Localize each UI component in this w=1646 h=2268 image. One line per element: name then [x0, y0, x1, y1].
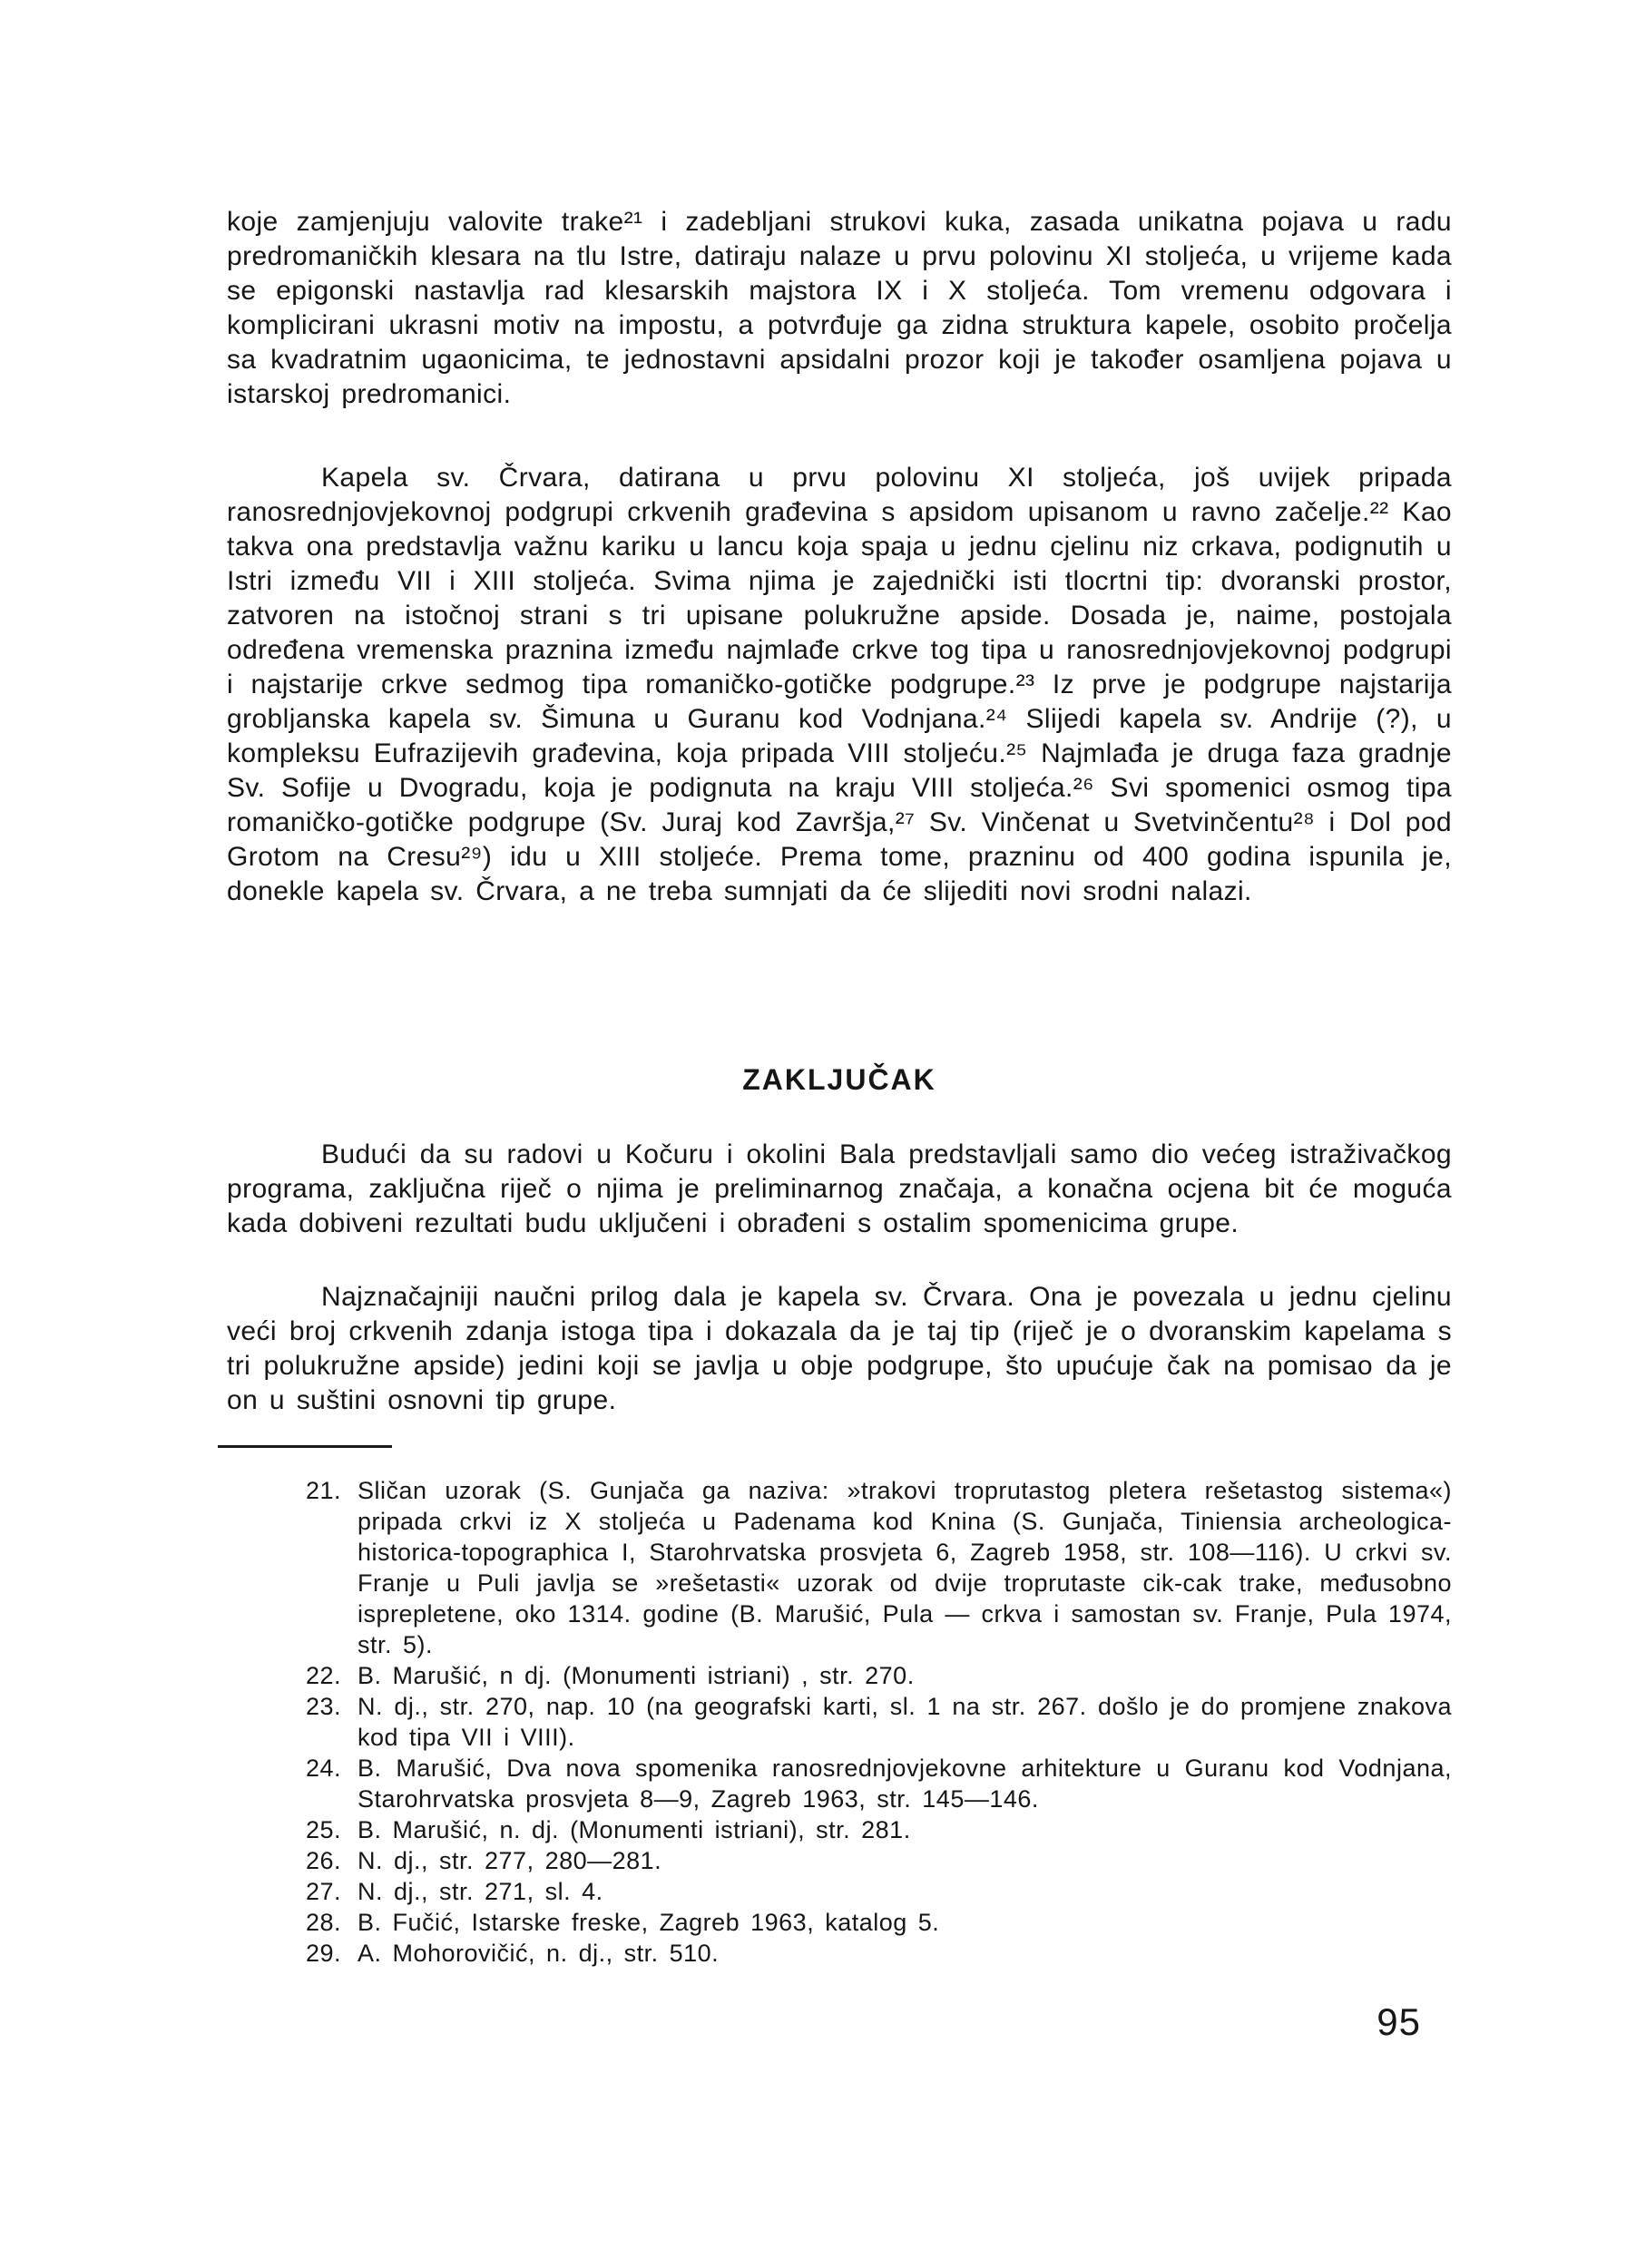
footnote-text: N. dj., str. 277, 280—281.: [358, 1845, 1452, 1876]
footnote-number: 24.: [306, 1753, 358, 1814]
footnote-number: 21.: [306, 1475, 358, 1660]
footnote-text: B. Marušić, Dva nova spomenika ranosredn…: [358, 1753, 1452, 1814]
footnote-item: 26. N. dj., str. 277, 280—281.: [306, 1845, 1452, 1876]
footnote-item: 22. B. Marušić, n dj. (Monumenti istrian…: [306, 1660, 1452, 1691]
footnote-text: B. Marušić, n dj. (Monumenti istriani) ,…: [358, 1660, 1452, 1691]
footnote-item: 29. A. Mohorovičić, n. dj., str. 510.: [306, 1938, 1452, 1969]
footnote-text: N. dj., str. 271, sl. 4.: [358, 1876, 1452, 1907]
scanned-document-page: koje zamjenjuju valovite trake²¹ i zadeb…: [0, 0, 1646, 2268]
footnote-item: 24. B. Marušić, Dva nova spomenika ranos…: [306, 1753, 1452, 1814]
footnote-item: 25. B. Marušić, n. dj. (Monumenti istria…: [306, 1814, 1452, 1845]
footnote-text: Sličan uzorak (S. Gunjača ga naziva: »tr…: [358, 1475, 1452, 1660]
footnote-text: N. dj., str. 270, nap. 10 (na geografski…: [358, 1691, 1452, 1753]
footnote-number: 28.: [306, 1907, 358, 1938]
conclusion-paragraph: Budući da su radovi u Kočuru i okolini B…: [227, 1138, 1452, 1241]
conclusion-paragraph: Najznačajniji naučni prilog dala je kape…: [227, 1280, 1452, 1418]
footnote-number: 29.: [306, 1938, 358, 1969]
footnote-number: 22.: [306, 1660, 358, 1691]
footnote-number: 26.: [306, 1845, 358, 1876]
section-heading: ZAKLJUČAK: [227, 1062, 1452, 1097]
footnote-number: 23.: [306, 1691, 358, 1753]
footnote-number: 27.: [306, 1876, 358, 1907]
page-number: 95: [1377, 2003, 1421, 2041]
footnote-separator-rule: [218, 1445, 392, 1448]
footnote-item: 21. Sličan uzorak (S. Gunjača ga naziva:…: [306, 1475, 1452, 1660]
footnote-text: B. Fučić, Istarske freske, Zagreb 1963, …: [358, 1907, 1452, 1938]
body-paragraph-continued: koje zamjenjuju valovite trake²¹ i zadeb…: [227, 205, 1452, 412]
footnote-list: 21. Sličan uzorak (S. Gunjača ga naziva:…: [306, 1475, 1452, 1969]
footnote-number: 25.: [306, 1814, 358, 1845]
body-paragraph: Kapela sv. Črvara, datirana u prvu polov…: [227, 461, 1452, 909]
footnote-item: 23. N. dj., str. 270, nap. 10 (na geogra…: [306, 1691, 1452, 1753]
footnote-item: 27. N. dj., str. 271, sl. 4.: [306, 1876, 1452, 1907]
footnote-item: 28. B. Fučić, Istarske freske, Zagreb 19…: [306, 1907, 1452, 1938]
footnote-text: A. Mohorovičić, n. dj., str. 510.: [358, 1938, 1452, 1969]
footnote-text: B. Marušić, n. dj. (Monumenti istriani),…: [358, 1814, 1452, 1845]
